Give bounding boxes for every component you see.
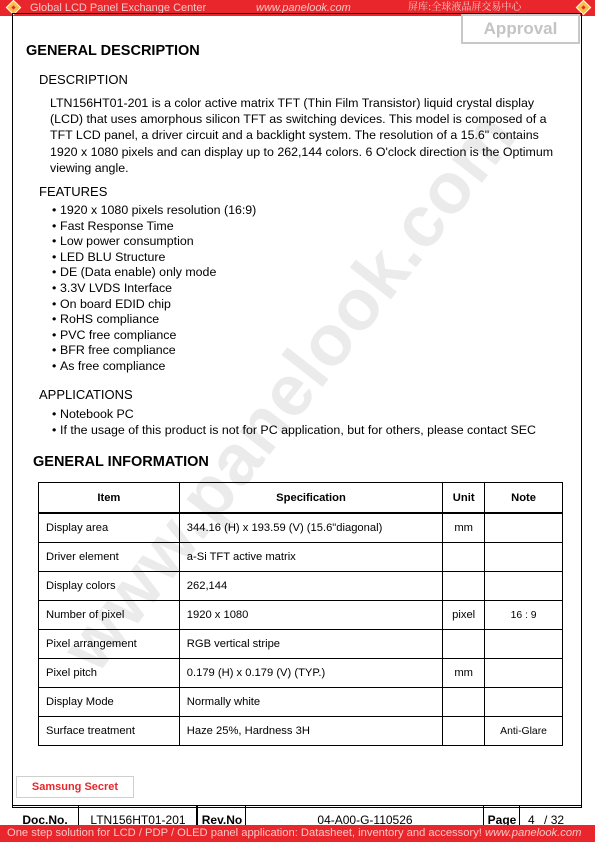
list-item: •RoHS compliance [52, 312, 256, 328]
bullet-icon: • [52, 234, 60, 250]
approval-stamp: Approval [461, 14, 580, 44]
bullet-icon: • [52, 343, 60, 359]
column-header-item: Item [39, 483, 180, 514]
description-line: (LCD) that uses amorphous silicon TFT as… [50, 111, 585, 127]
column-header-note: Note [485, 483, 563, 514]
bullet-icon: • [52, 281, 60, 297]
cell-note [485, 513, 563, 543]
list-item-text: DE (Data enable) only mode [60, 265, 216, 279]
cell-item: Number of pixel [39, 601, 180, 630]
list-item-text: If the usage of this product is not for … [60, 423, 536, 437]
cell-note [485, 659, 563, 688]
bullet-icon: • [52, 297, 60, 313]
section-title-general-description: GENERAL DESCRIPTION [26, 43, 200, 59]
cell-note [485, 688, 563, 717]
list-item-text: Low power consumption [60, 234, 194, 248]
table-row: Pixel arrangementRGB vertical stripe [39, 630, 563, 659]
bullet-icon: • [52, 250, 60, 266]
cell-item: Driver element [39, 543, 180, 572]
bullet-icon: • [52, 423, 60, 439]
cell-note [485, 630, 563, 659]
cell-note: 16 : 9 [485, 601, 563, 630]
cell-unit [443, 543, 485, 572]
table-row: Display colors262,144 [39, 572, 563, 601]
list-item-text: 3.3V LVDS Interface [60, 281, 172, 295]
applications-list: •Notebook PC•If the usage of this produc… [52, 407, 536, 438]
cell-specification: 344.16 (H) x 193.59 (V) (15.6"diagonal) [179, 513, 442, 543]
section-title-general-information: GENERAL INFORMATION [33, 454, 209, 470]
cell-item: Pixel pitch [39, 659, 180, 688]
cell-unit: pixel [443, 601, 485, 630]
general-information-table: Item Specification Unit Note Display are… [38, 482, 563, 746]
cell-specification: Haze 25%, Hardness 3H [179, 717, 442, 746]
table-row: Driver elementa-Si TFT active matrix [39, 543, 563, 572]
cell-unit [443, 630, 485, 659]
cell-unit [443, 572, 485, 601]
list-item-text: As free compliance [60, 359, 165, 373]
column-header-specification: Specification [179, 483, 442, 514]
description-line: 1920 x 1080 pixels and can display up to… [50, 144, 585, 160]
cell-specification: RGB vertical stripe [179, 630, 442, 659]
table-row: Surface treatmentHaze 25%, Hardness 3HAn… [39, 717, 563, 746]
cell-unit [443, 717, 485, 746]
list-item: •Fast Response Time [52, 219, 256, 235]
cell-item: Pixel arrangement [39, 630, 180, 659]
table-row: Display area344.16 (H) x 193.59 (V) (15.… [39, 513, 563, 543]
bottom-bar-link[interactable]: www.panelook.com [485, 827, 581, 839]
list-item-text: On board EDID chip [60, 297, 171, 311]
description-line: TFT LCD panel, a driver circuit and a ba… [50, 127, 585, 143]
description-paragraph: LTN156HT01-201 is a color active matrix … [50, 95, 585, 176]
subheading-description: DESCRIPTION [39, 72, 128, 87]
table-row: Display ModeNormally white [39, 688, 563, 717]
cell-note: Anti-Glare [485, 717, 563, 746]
cell-specification: 262,144 [179, 572, 442, 601]
list-item-text: 1920 x 1080 pixels resolution (16:9) [60, 203, 256, 217]
bottom-bar: One step solution for LCD / PDP / OLED p… [0, 825, 595, 842]
cell-specification: Normally white [179, 688, 442, 717]
description-line: LTN156HT01-201 is a color active matrix … [50, 95, 585, 111]
cell-unit [443, 688, 485, 717]
list-item-text: Fast Response Time [60, 219, 174, 233]
table-header-row: Item Specification Unit Note [39, 483, 563, 514]
cell-item: Surface treatment [39, 717, 180, 746]
classification-label: Samsung Secret [16, 776, 134, 798]
list-item: •As free compliance [52, 359, 256, 375]
bullet-icon: • [52, 203, 60, 219]
list-item-text: RoHS compliance [60, 312, 159, 326]
bullet-icon: • [52, 312, 60, 328]
table-row: Number of pixel1920 x 1080pixel16 : 9 [39, 601, 563, 630]
description-line: viewing angle. [50, 160, 585, 176]
bullet-icon: • [52, 265, 60, 281]
list-item-text: LED BLU Structure [60, 250, 165, 264]
list-item: •If the usage of this product is not for… [52, 423, 536, 439]
list-item: •DE (Data enable) only mode [52, 265, 256, 281]
subheading-applications: APPLICATIONS [39, 387, 133, 402]
bullet-icon: • [52, 328, 60, 344]
bullet-icon: • [52, 407, 60, 423]
list-item: •On board EDID chip [52, 297, 256, 313]
bullet-icon: • [52, 219, 60, 235]
cell-note [485, 543, 563, 572]
list-item-text: Notebook PC [60, 407, 134, 421]
list-item: •1920 x 1080 pixels resolution (16:9) [52, 203, 256, 219]
list-item: •Low power consumption [52, 234, 256, 250]
cell-unit: mm [443, 513, 485, 543]
cell-item: Display Mode [39, 688, 180, 717]
list-item-text: PVC free compliance [60, 328, 176, 342]
list-item: •Notebook PC [52, 407, 536, 423]
cell-item: Display colors [39, 572, 180, 601]
subheading-features: FEATURES [39, 184, 107, 199]
cell-note [485, 572, 563, 601]
cell-item: Display area [39, 513, 180, 543]
bottom-bar-text: One step solution for LCD / PDP / OLED p… [7, 827, 485, 839]
features-list: •1920 x 1080 pixels resolution (16:9)•Fa… [52, 203, 256, 375]
cell-specification: 1920 x 1080 [179, 601, 442, 630]
cell-specification: a-Si TFT active matrix [179, 543, 442, 572]
list-item: •BFR free compliance [52, 343, 256, 359]
cell-unit: mm [443, 659, 485, 688]
list-item: •3.3V LVDS Interface [52, 281, 256, 297]
cell-specification: 0.179 (H) x 0.179 (V) (TYP.) [179, 659, 442, 688]
list-item: •LED BLU Structure [52, 250, 256, 266]
bullet-icon: • [52, 359, 60, 375]
column-header-unit: Unit [443, 483, 485, 514]
table-row: Pixel pitch0.179 (H) x 0.179 (V) (TYP.)m… [39, 659, 563, 688]
list-item-text: BFR free compliance [60, 343, 176, 357]
list-item: •PVC free compliance [52, 328, 256, 344]
